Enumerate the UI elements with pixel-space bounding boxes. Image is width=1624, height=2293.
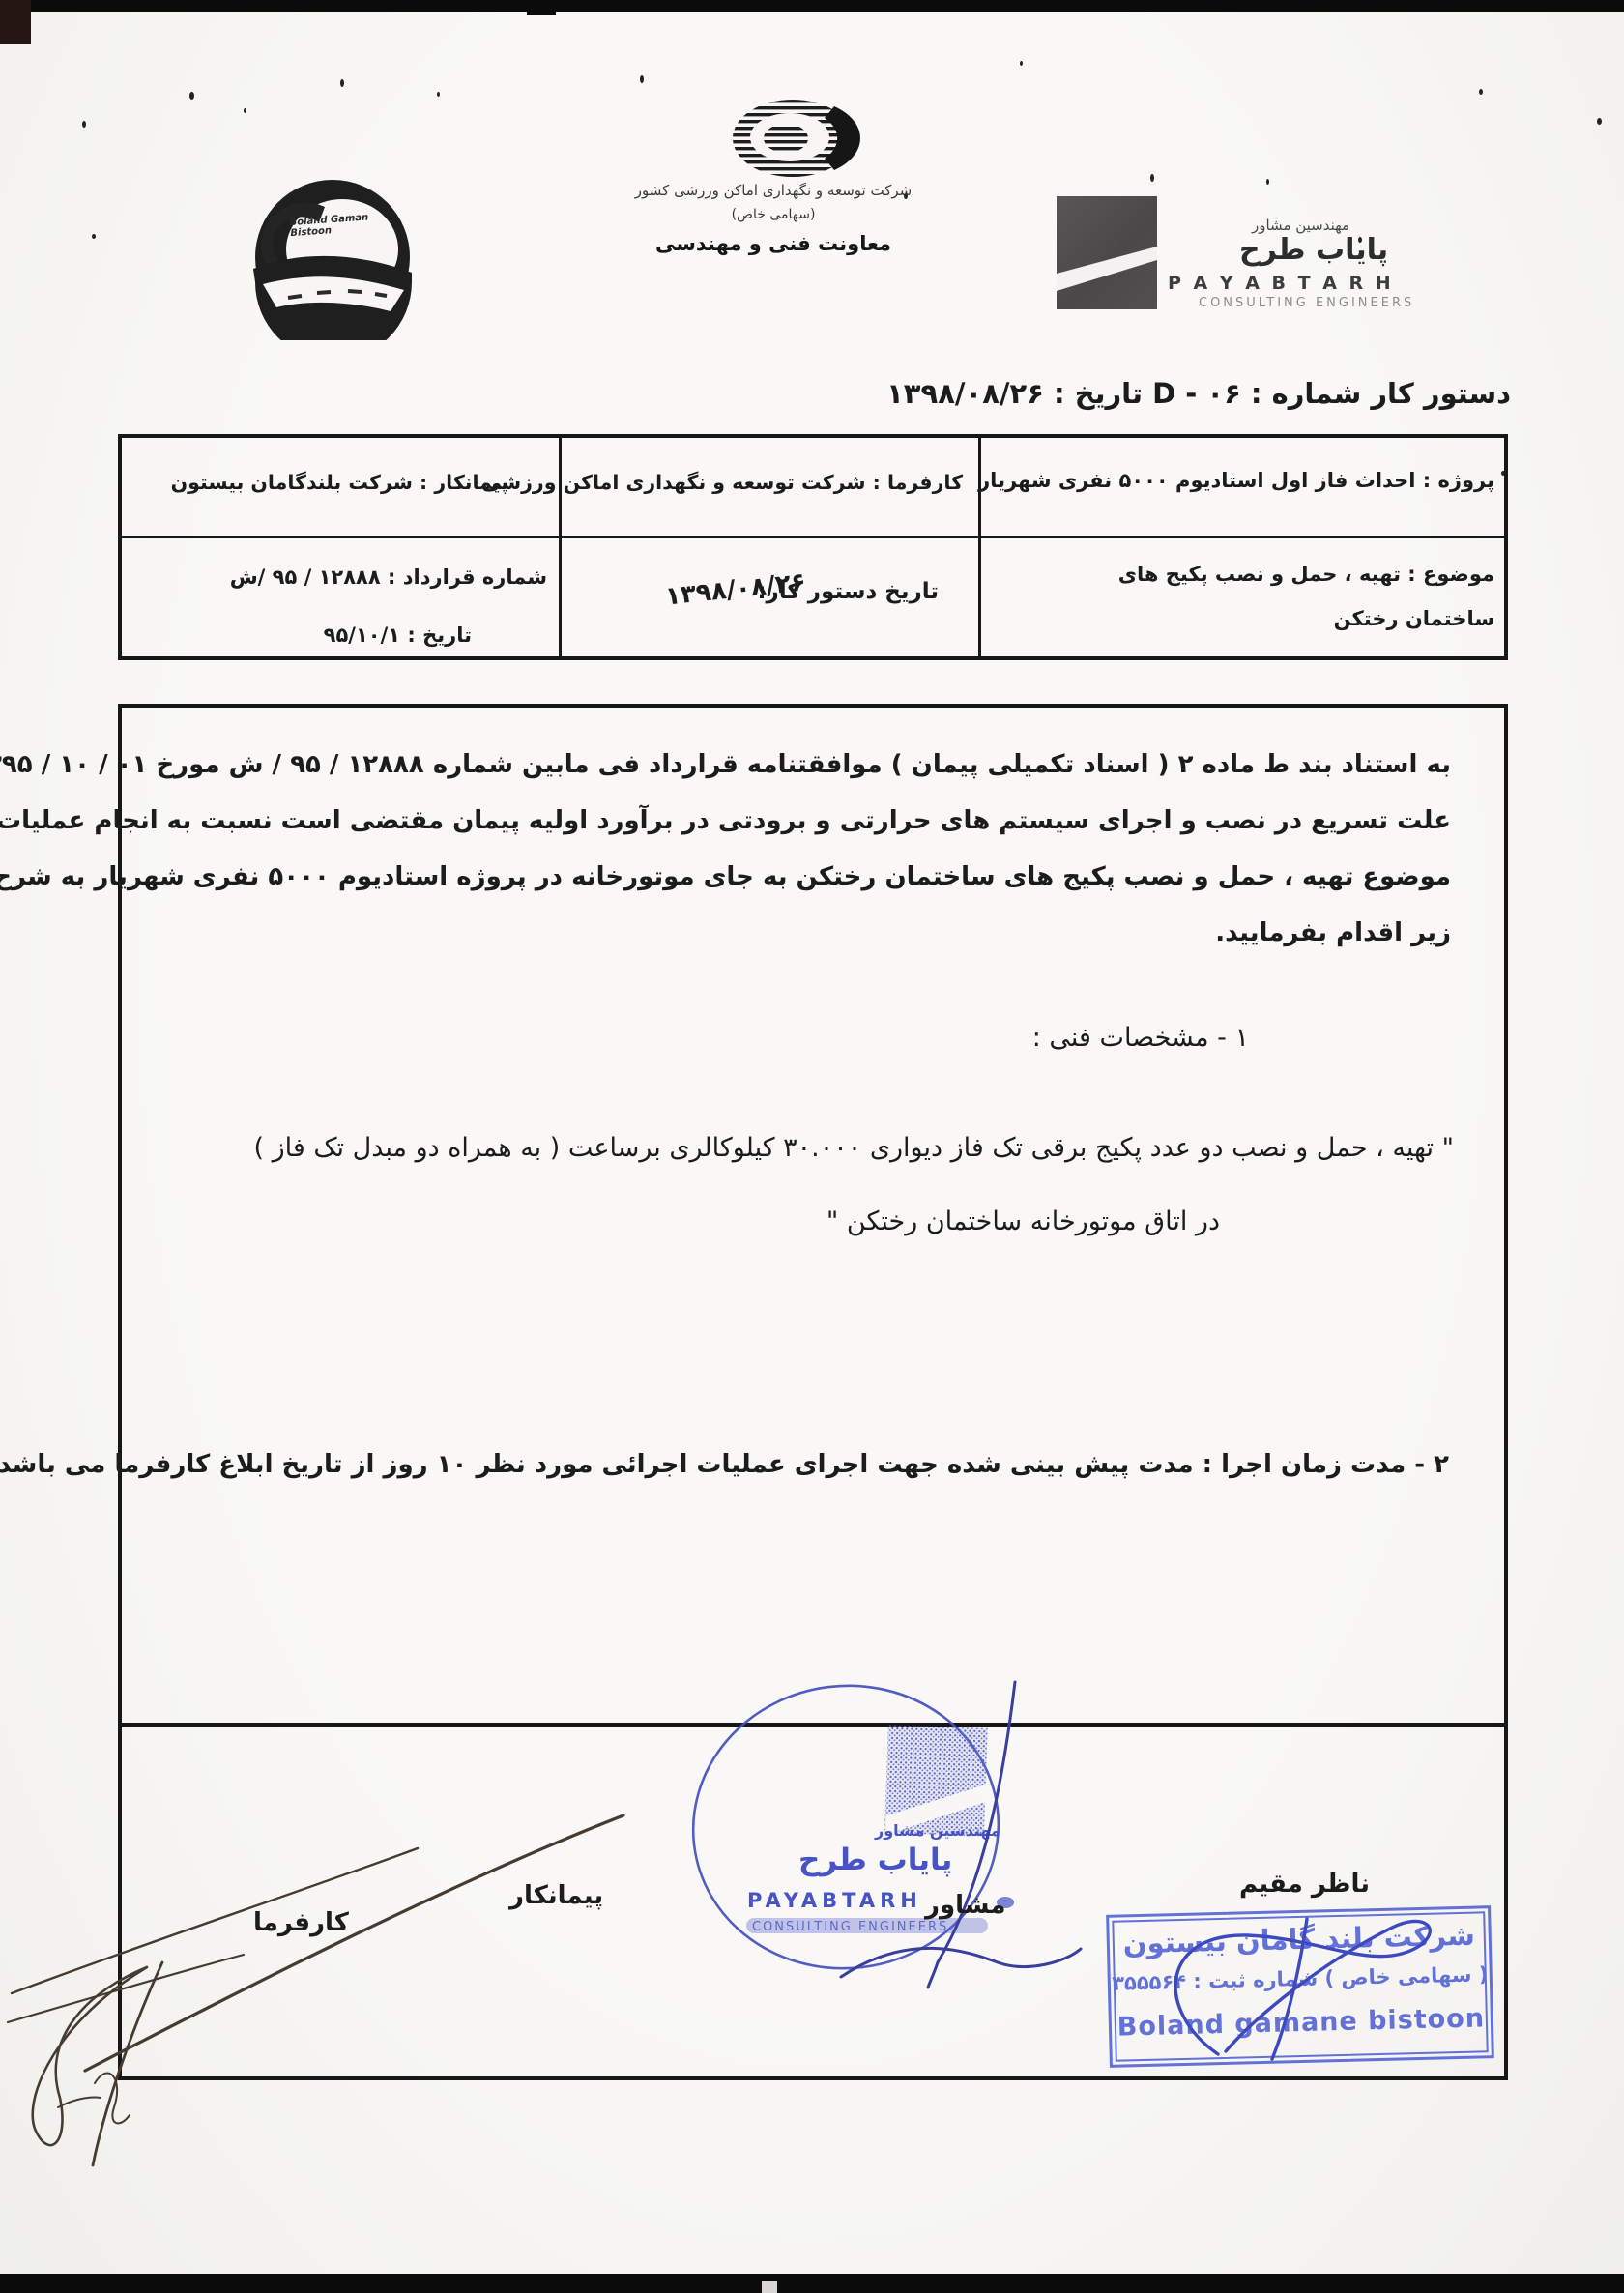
consultant-en-tagline: CONSULTING ENGINEERS: [1199, 296, 1414, 310]
table-cell-contract-date: تاریخ : ۹۵/۱۰/۱: [324, 624, 472, 647]
body-paragraph-line1: به استناد بند ط ماده ۲ ( اسناد تکمیلی پی…: [0, 750, 1451, 779]
scanned-work-order-page: Boland Gaman Bistoon شرکت توسعه و نگهدار…: [0, 0, 1624, 2293]
scan-speck: [1266, 179, 1269, 185]
table-cell-order-date-value: ۱۳۹۸/۰۸/۲۶: [664, 567, 807, 611]
employer-org-logo-icon: [720, 93, 865, 186]
section2-text: ۲ - مدت زمان اجرا : مدت پیش بینی شده جهت…: [0, 1450, 1449, 1479]
scan-speck: [82, 121, 86, 128]
document-title: دستور کار شماره : ۰۶ - D تاریخ : ۱۳۹۸/۰۸…: [886, 377, 1511, 410]
scan-mark-top: [527, 0, 556, 15]
employer-contractor-pen-signature: [0, 1788, 677, 2293]
employer-org-type: (سهامی خاص): [619, 207, 928, 222]
scan-speck: [640, 75, 644, 83]
consultant-fa-tagline: مهندسین مشاور: [1252, 217, 1349, 234]
resident-supervisor-signature: [1102, 1885, 1518, 2088]
scan-speck: [1150, 174, 1154, 182]
consultant-logo-icon: [1057, 196, 1157, 309]
signature-label-consultant: مشاور: [925, 1891, 1005, 1920]
spec-line2: در اتاق موتورخانه ساختمان رختکن ": [826, 1206, 1220, 1236]
section1-heading: ۱ - مشخصات فنی :: [1032, 1023, 1249, 1053]
body-paragraph-line3: موضوع تهیه ، حمل و نصب پکیج های ساختمان …: [0, 862, 1451, 891]
scan-speck: [437, 92, 440, 97]
main-text-box: [118, 704, 1508, 1727]
employer-org-name: شرکت توسعه و نگهداری اماکن ورزشی کشور: [619, 182, 928, 199]
consultant-signature: [619, 1643, 1121, 2011]
scan-speck: [340, 79, 344, 87]
info-table: پروژه : احداث فاز اول استادیوم ۵۰۰۰ نفری…: [118, 434, 1508, 660]
spec-line1: " تهیه ، حمل و نصب دو عدد پکیج برقی تک ف…: [253, 1133, 1454, 1163]
table-divider: [122, 536, 1504, 538]
consultant-fa-name: پایاب طرح: [1239, 233, 1388, 267]
scan-speck: [1597, 118, 1602, 125]
table-cell-employer: کارفرما : شرکت توسعه و نگهداری اماکن ورز…: [481, 471, 963, 494]
scan-speck: [244, 108, 246, 113]
scan-edge-top: [0, 0, 1624, 12]
scan-edge-notch: [762, 2281, 777, 2293]
table-cell-contractor: پیمانکار : شرکت بلندگامان بیستون: [171, 471, 508, 494]
consultant-logo-stripe-icon: [1057, 196, 1157, 309]
signature-label-resident-supervisor: ناظر مقیم: [1239, 1870, 1370, 1899]
table-cell-project: پروژه : احداث فاز اول استادیوم ۵۰۰۰ نفری…: [978, 469, 1494, 492]
table-cell-contract-no: شماره قرارداد : ۱۲۸۸۸ / ۹۵ /ش: [230, 566, 547, 589]
employer-org-dept: معاونت فنی و مهندسی: [619, 232, 928, 255]
table-cell-subject: موضوع : تهیه ، حمل و نصب پکیج های ساختما…: [1040, 552, 1494, 641]
scan-speck: [1479, 89, 1483, 95]
body-paragraph-line4: زیر اقدام بفرمایید.: [1215, 918, 1451, 947]
scan-speck: [189, 92, 194, 100]
consultant-en-name: P A Y A B T A R H: [1168, 273, 1394, 294]
scan-speck: [1020, 61, 1023, 66]
body-paragraph-line2: علت تسریع در نصب و اجرای سیستم های حرارت…: [0, 806, 1451, 835]
scan-corner-mark: [0, 0, 31, 44]
scan-speck: [92, 234, 96, 239]
contractor-company-logo-icon: [249, 174, 416, 340]
